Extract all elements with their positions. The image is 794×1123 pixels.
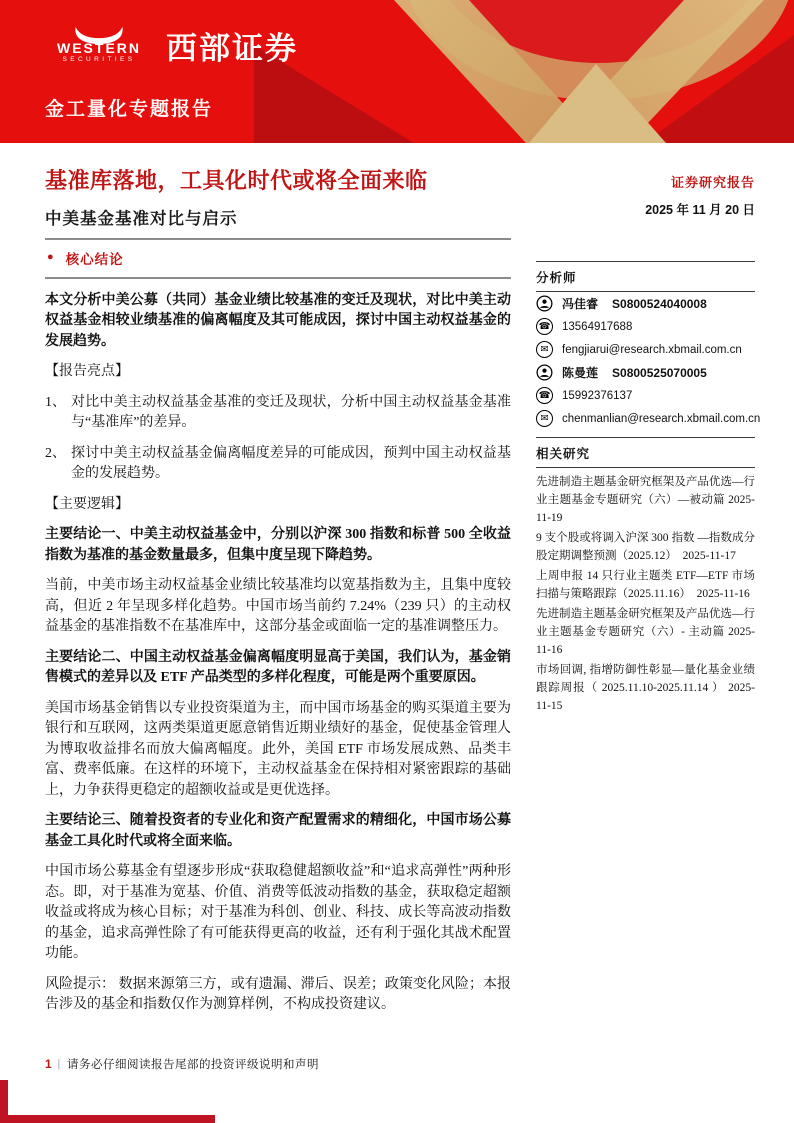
related-research-item[interactable]: 先进制造主题基金研究框架及产品优选—行业主题基金专题研究（六）- 主动篇 202…: [536, 605, 755, 659]
footer-separator: |: [58, 1058, 60, 1070]
body-list-item: 2、 探讨中美主动权益基金偏离幅度差异的可能成因，预判中国主动权益基金的发展趋势…: [45, 444, 511, 485]
brand-name-sub: SECURITIES: [62, 57, 135, 64]
analyst-name: 陈曼莲: [562, 364, 598, 381]
analyst-license-id: S0800525070005: [612, 366, 707, 380]
person-icon: [536, 295, 553, 312]
analyst-phone-row: ☎ 15992376137: [536, 384, 755, 407]
analyst-email[interactable]: fengjiarui@research.xbmail.com.cn: [562, 344, 742, 356]
related-research-heading: 相关研究: [536, 438, 755, 467]
related-research-item[interactable]: 先进制造主题基金研究框架及产品优选—行业主题基金专题研究（六）—被动篇 2025…: [536, 473, 755, 527]
analyst-name-row: 冯佳睿 S0800524040008: [536, 292, 755, 315]
page-subtitle: 中美基金基准对比与启示: [45, 205, 511, 229]
list-item-marker: 2、: [45, 444, 71, 485]
analyst-license-id: S0800524040008: [612, 297, 707, 311]
analyst-phone-row: ☎ 13564917688: [536, 315, 755, 338]
risk-warning-paragraph: 风险提示： 数据来源第三方，或有遗漏、滞后、误差；政策变化风险；本报告涉及的基金…: [45, 975, 511, 1016]
phone-icon: ☎: [536, 318, 553, 335]
body-paragraph: 主要结论三、随着投资者的专业化和资产配置需求的精细化，中国市场公募基金工具化时代…: [45, 811, 511, 852]
related-research-item[interactable]: 市场回调, 指增防御性彰显—量化基金业绩跟踪周报（ 2025.11.10-202…: [536, 661, 755, 715]
body-paragraph: 【主要逻辑】: [45, 495, 511, 516]
brand-name-cn: 西部证券: [166, 33, 298, 64]
footer: 1 | 请务必仔细阅读报告尾部的投资评级说明和声明: [45, 1056, 319, 1072]
list-item-text: 探讨中美主动权益基金偏离幅度差异的可能成因，预判中国主动权益基金的发展趋势。: [71, 444, 511, 485]
report-abstract: 本文分析中美公募（共同）基金业绩比较基准的变迁及现状，对比中美主动权益基金相较业…: [45, 291, 511, 1016]
analyst-email[interactable]: chenmanlian@research.xbmail.com.cn: [562, 413, 760, 425]
footer-disclaimer: 请务必仔细阅读报告尾部的投资评级说明和声明: [67, 1056, 319, 1072]
page-title: 基准库落地，工具化时代或将全面来临: [45, 167, 511, 195]
body-paragraph: 美国市场基金销售以专业投资渠道为主，而中国市场基金的购买渠道主要为银行和互联网，…: [45, 699, 511, 802]
divider: [45, 238, 511, 240]
section-heading-core-conclusion: ● 核心结论: [47, 248, 511, 268]
email-icon: ✉: [536, 341, 553, 358]
analyst-phone: 13564917688: [562, 321, 632, 333]
body-paragraph: 中国市场公募基金有望逐步形成“获取稳健超额收益”和“追求高弹性”两种形态。即，对…: [45, 862, 511, 965]
report-category-label: 证券研究报告: [536, 172, 755, 191]
banner-decoration: [254, 0, 794, 143]
header-banner: WESTERN SECURITIES 西部证券 金工量化专题报告: [0, 0, 794, 143]
list-item-marker: 1、: [45, 393, 71, 434]
main-column: 基准库落地，工具化时代或将全面来临 中美基金基准对比与启示 ● 核心结论 本文分…: [45, 167, 511, 1026]
body-paragraph: 当前，中美市场主动权益基金业绩比较基准均以宽基指数为主，且集中度较高，但近 2 …: [45, 576, 511, 638]
report-date: 2025 年 11 月 20 日: [536, 200, 755, 218]
page-number: 1: [45, 1057, 52, 1071]
report-type-label: 金工量化专题报告: [45, 94, 213, 121]
sidebar: 证券研究报告 2025 年 11 月 20 日 分析师 冯佳睿 S0800524…: [536, 172, 755, 717]
related-research-list: 先进制造主题基金研究框架及产品优选—行业主题基金专题研究（六）—被动篇 2025…: [536, 473, 755, 715]
company-logo: WESTERN SECURITIES 西部证券: [44, 26, 298, 64]
analysts-heading: 分析师: [536, 262, 755, 291]
analyst-email-row: ✉ chenmanlian@research.xbmail.com.cn: [536, 407, 755, 430]
analysts-block: 分析师 冯佳睿 S0800524040008 ☎ 13564917688 ✉ f…: [536, 261, 755, 715]
email-icon: ✉: [536, 410, 553, 427]
person-icon: [536, 364, 553, 381]
corner-accent-horizontal: [0, 1115, 215, 1123]
body-paragraph: 【报告亮点】: [45, 362, 511, 383]
analyst-email-row: ✉ fengjiarui@research.xbmail.com.cn: [536, 338, 755, 361]
related-research-item[interactable]: 9 支个股或将调入沪深 300 指数 —指数成分股定期调整预测（2025.12）…: [536, 529, 755, 565]
analyst-name-row: 陈曼莲 S0800525070005: [536, 361, 755, 384]
body-paragraph: 本文分析中美公募（共同）基金业绩比较基准的变迁及现状，对比中美主动权益基金相较业…: [45, 291, 511, 353]
logo-wordmark: WESTERN SECURITIES: [44, 26, 154, 64]
section-heading-label: 核心结论: [66, 248, 124, 268]
phone-icon: ☎: [536, 387, 553, 404]
divider: [45, 277, 511, 279]
body-list-item: 1、 对比中美主动权益基金基准的变迁及现状，分析中国主动权益基金基准与“基准库”…: [45, 393, 511, 434]
analyst-name: 冯佳睿: [562, 295, 598, 312]
divider: [536, 467, 755, 468]
analyst-phone: 15992376137: [562, 390, 632, 402]
list-item-text: 对比中美主动权益基金基准的变迁及现状，分析中国主动权益基金基准与“基准库”的差异…: [71, 393, 511, 434]
body-paragraph: 主要结论二、中国主动权益基金偏离幅度明显高于美国，我们认为，基金销售模式的差异以…: [45, 648, 511, 689]
brand-name-en: WESTERN: [57, 41, 141, 55]
bullet-icon: ●: [47, 252, 54, 263]
related-research-item[interactable]: 上周申报 14 只行业主题类 ETF—ETF 市场扫描与策略跟踪（2025.11…: [536, 567, 755, 603]
body-paragraph: 主要结论一、中美主动权益基金中，分别以沪深 300 指数和标普 500 全收益指…: [45, 525, 511, 566]
